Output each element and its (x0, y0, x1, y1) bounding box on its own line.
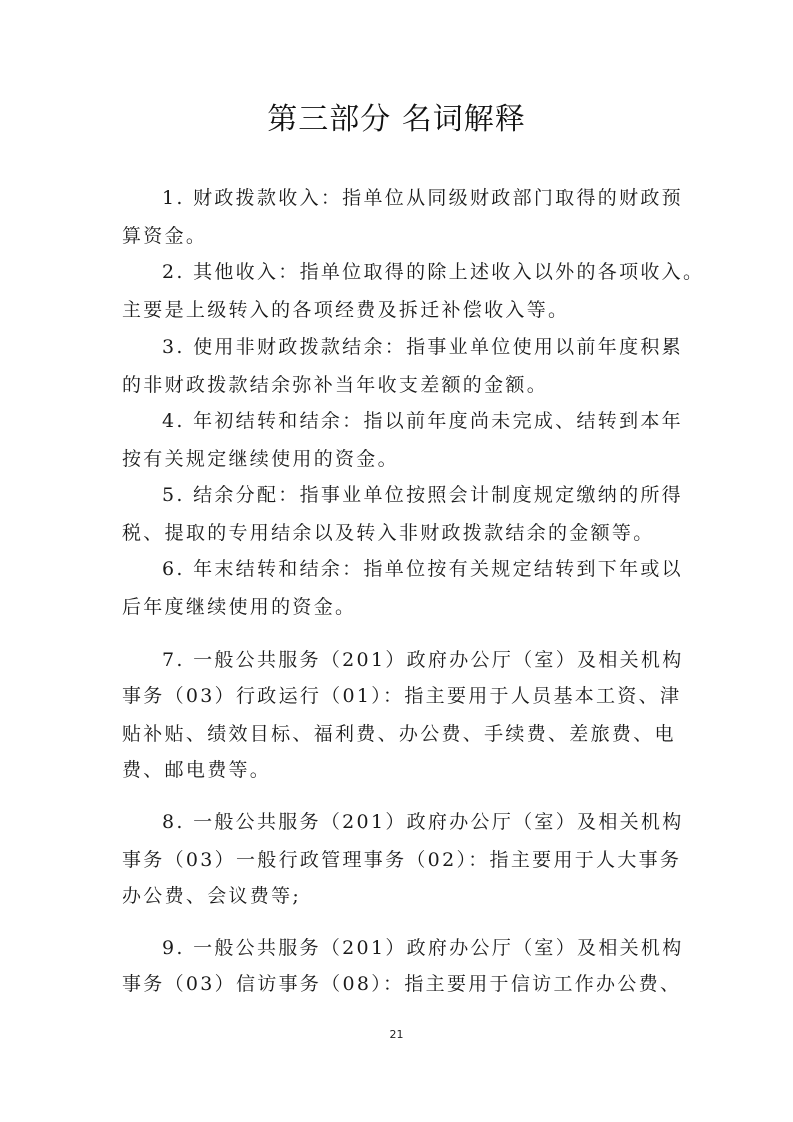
definition-line: 主要是上级转入的各项经费及拆迁补偿收入等。 (122, 296, 702, 324)
definition-line: 费、邮电费等。 (122, 756, 702, 784)
page-number: 21 (0, 1028, 793, 1041)
definition-line: 事务（03）行政运行（01）：指主要用于人员基本工资、津 (122, 682, 702, 710)
definition-line: 3. 使用非财政拨款结余：指事业单位使用以前年度积累 (162, 333, 742, 361)
definition-line: 5. 结余分配：指事业单位按照会计制度规定缴纳的所得 (162, 481, 742, 509)
definition-line: 的非财政拨款结余弥补当年收支差额的金额。 (122, 371, 702, 399)
definition-line: 6. 年末结转和结余：指单位按有关规定结转到下年或以 (162, 555, 742, 583)
definition-line: 7. 一般公共服务（201）政府办公厅（室）及相关机构 (162, 646, 742, 674)
definition-line: 4. 年初结转和结余：指以前年度尚未完成、结转到本年 (162, 407, 742, 435)
definition-line: 后年度继续使用的资金。 (122, 593, 702, 621)
definition-line: 8. 一般公共服务（201）政府办公厅（室）及相关机构 (162, 808, 742, 836)
page-title: 第三部分 名词解释 (0, 100, 793, 140)
definition-line: 办公费、会议费等; (122, 882, 702, 910)
definition-line: 1. 财政拨款收入：指单位从同级财政部门取得的财政预 (162, 184, 742, 212)
definition-line: 算资金。 (122, 222, 702, 250)
definition-line: 2. 其他收入：指单位取得的除上述收入以外的各项收入。 (162, 258, 742, 286)
definition-line: 事务（03）一般行政管理事务（02）：指主要用于人大事务 (122, 846, 702, 874)
document-page: 第三部分 名词解释 1. 财政拨款收入：指单位从同级财政部门取得的财政预 算资金… (0, 0, 793, 1122)
definition-line: 9. 一般公共服务（201）政府办公厅（室）及相关机构 (162, 934, 742, 962)
definition-line: 事务（03）信访事务（08）：指主要用于信访工作办公费、 (122, 970, 702, 998)
definition-line: 税、提取的专用结余以及转入非财政拨款结余的金额等。 (122, 519, 702, 547)
definition-line: 贴补贴、绩效目标、福利费、办公费、手续费、差旅费、电 (122, 720, 702, 748)
definition-line: 按有关规定继续使用的资金。 (122, 445, 702, 473)
